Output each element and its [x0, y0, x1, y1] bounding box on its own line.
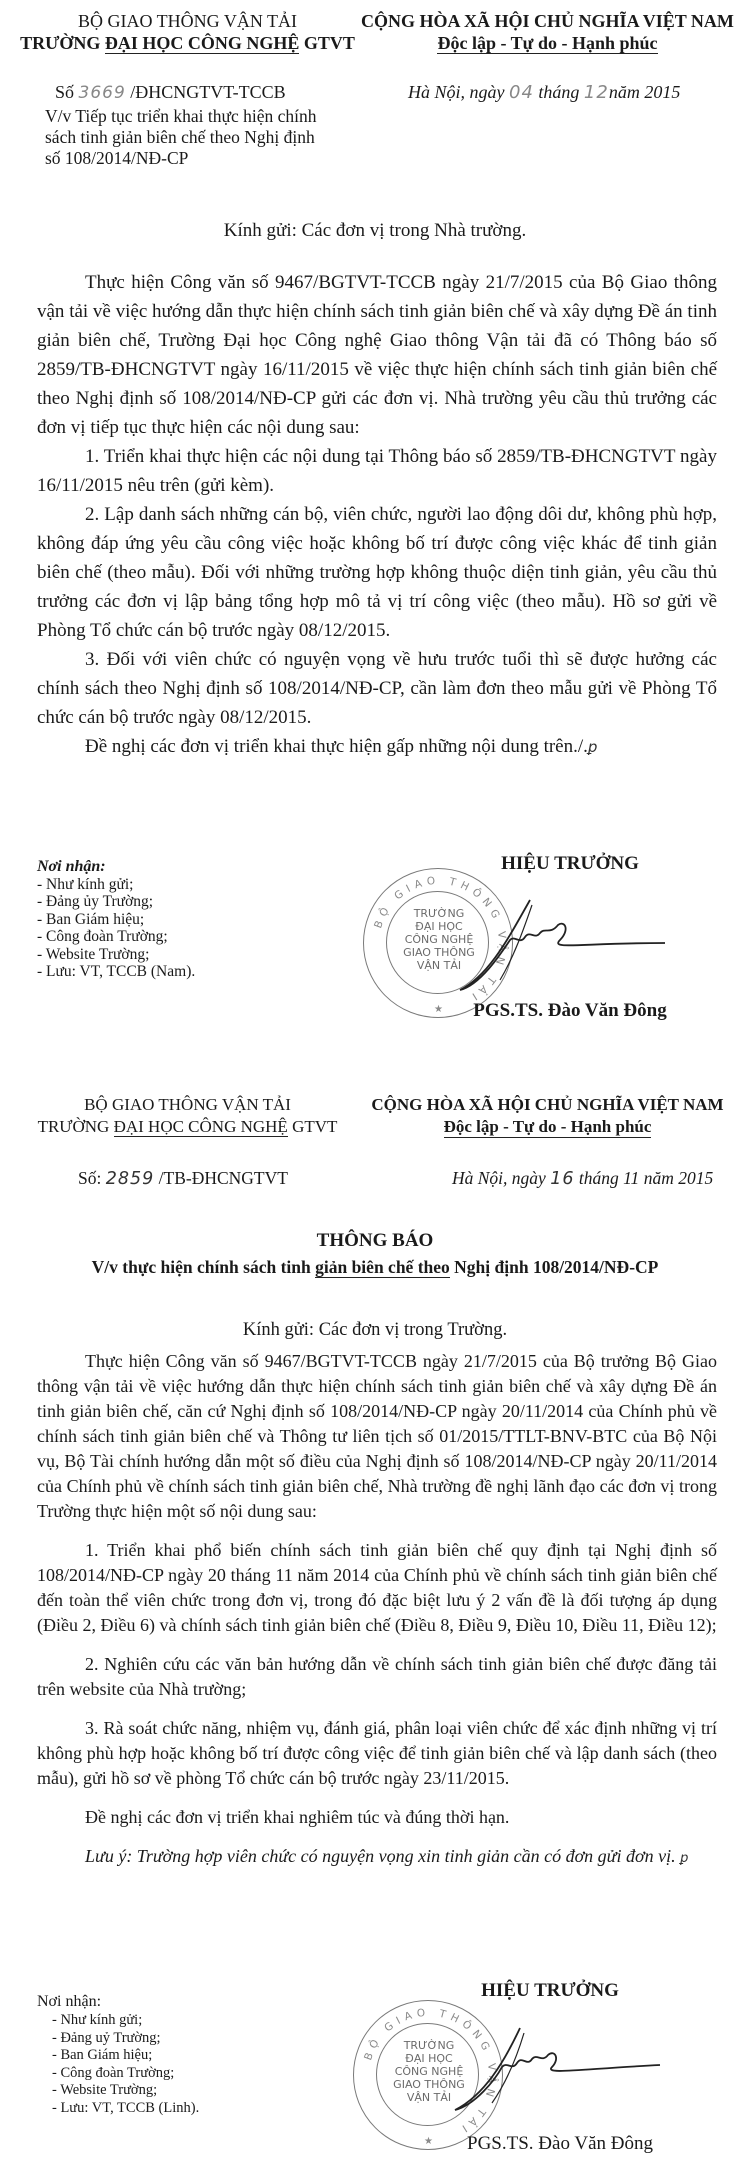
issue-date: Hà Nội, ngày 16 tháng 11 năm 2015: [452, 1168, 713, 1189]
recipient-item: - Ban Giám hiệu;: [37, 911, 195, 929]
recipients-title: Nơi nhận:: [37, 858, 195, 876]
ministry-name: BỘ GIAO THÔNG VẬN TẢI: [0, 1094, 375, 1116]
handwritten-signature-icon: [440, 895, 680, 1005]
recipient-item: - Website Trường;: [52, 2082, 199, 2100]
body-paragraph: Thực hiện Công văn số 9467/BGTVT-TCCB ng…: [37, 268, 717, 442]
recipient-item: - Website Trường;: [37, 946, 195, 964]
body-paragraph: Thực hiện Công văn số 9467/BGTVT-TCCB ng…: [37, 1349, 717, 1524]
closing-paragraph: Đề nghị các đơn vị triển khai nghiêm túc…: [37, 1805, 717, 1830]
announcement-subtitle: V/v thực hiện chính sách tinh giản biên …: [0, 1257, 750, 1278]
national-motto: Độc lập - Tự do - Hạnh phúc: [437, 33, 657, 54]
recipients-block: Nơi nhận: - Như kính gửi; - Đảng ủy Trườ…: [37, 858, 195, 981]
handwritten-number: 2859: [106, 1169, 155, 1189]
country-name: CỘNG HÒA XÃ HỘI CHỦ NGHĨA VIỆT NAM: [345, 10, 750, 32]
recipients-title: Nơi nhận:: [37, 1993, 101, 2011]
body-paragraph: 3. Rà soát chức năng, nhiệm vụ, đánh giá…: [37, 1716, 717, 1791]
subject-block: V/v Tiếp tục triển khai thực hiện chính …: [45, 106, 316, 169]
closing-paragraph: Đề nghị các đơn vị triển khai thực hiện …: [37, 732, 717, 762]
signatory-name: PGS.TS. Đào Văn Đông: [430, 2133, 690, 2155]
school-name: TRƯỜNG ĐẠI HỌC CÔNG NGHỆ GTVT: [0, 1116, 375, 1138]
document-number: Số: 2859 /TB-ĐHCNGTVT: [78, 1168, 288, 1189]
issuer-header: BỘ GIAO THÔNG VẬN TẢI TRƯỜNG ĐẠI HỌC CÔN…: [0, 10, 375, 54]
handwritten-number: 3669: [79, 83, 126, 103]
signatory-name: PGS.TS. Đào Văn Đông: [440, 1000, 700, 1022]
recipient-item: - Như kính gửi;: [52, 2012, 199, 2030]
national-header: CỘNG HÒA XÃ HỘI CHỦ NGHĨA VIỆT NAM Độc l…: [345, 10, 750, 54]
announcement-body: Thực hiện Công văn số 9467/BGTVT-TCCB ng…: [37, 1349, 717, 1871]
recipient-item: - Như kính gửi;: [37, 876, 195, 894]
initials-mark: ꝑ: [680, 1851, 689, 1866]
recipients-block: - Như kính gửi; - Đảng uỷ Trường; - Ban …: [52, 2012, 199, 2117]
initials-mark: ꝑ: [588, 738, 599, 756]
handwritten-signature-icon: [440, 2025, 680, 2125]
salutation: Kính gửi: Các đơn vị trong Nhà trường.: [0, 220, 750, 242]
recipient-item: - Công đoàn Trường;: [37, 928, 195, 946]
issue-date: Hà Nội, ngày 04 tháng 12năm 2015: [408, 82, 680, 103]
national-motto: Độc lập - Tự do - Hạnh phúc: [444, 1117, 652, 1138]
recipient-item: - Ban Giám hiệu;: [52, 2047, 199, 2065]
country-name: CỘNG HÒA XÃ HỘI CHỦ NGHĨA VIỆT NAM: [345, 1094, 750, 1116]
document-number: Số 3669 /ĐHCNGTVT-TCCB: [55, 82, 286, 103]
body-paragraph: 2. Lập danh sách những cán bộ, viên chức…: [37, 500, 717, 645]
salutation: Kính gửi: Các đơn vị trong Trường.: [0, 1320, 750, 1341]
note-paragraph: Lưu ý: Trường hợp viên chức có nguyện vọ…: [37, 1844, 717, 1871]
body-paragraph: 1. Triển khai phổ biến chính sách tinh g…: [37, 1538, 717, 1638]
issuer-header: BỘ GIAO THÔNG VẬN TẢI TRƯỜNG ĐẠI HỌC CÔN…: [0, 1094, 375, 1138]
ministry-name: BỘ GIAO THÔNG VẬN TẢI: [0, 10, 375, 32]
recipient-item: - Đảng uỷ Trường;: [52, 2030, 199, 2048]
letter-body: Thực hiện Công văn số 9467/BGTVT-TCCB ng…: [37, 268, 717, 762]
body-paragraph: 3. Đối với viên chức có nguyện vọng về h…: [37, 645, 717, 732]
signatory-title: HIỆU TRƯỞNG: [440, 1980, 660, 2002]
recipient-item: - Lưu: VT, TCCB (Nam).: [37, 963, 195, 981]
recipient-item: - Lưu: VT, TCCB (Linh).: [52, 2100, 199, 2118]
national-header: CỘNG HÒA XÃ HỘI CHỦ NGHĨA VIỆT NAM Độc l…: [345, 1094, 750, 1138]
announcement-title: THÔNG BÁO: [0, 1230, 750, 1252]
body-paragraph: 1. Triển khai thực hiện các nội dung tại…: [37, 442, 717, 500]
body-paragraph: 2. Nghiên cứu các văn bản hướng dẫn về c…: [37, 1652, 717, 1702]
recipient-item: - Công đoàn Trường;: [52, 2065, 199, 2083]
recipient-item: - Đảng ủy Trường;: [37, 893, 195, 911]
school-name: TRƯỜNG ĐẠI HỌC CÔNG NGHỆ GTVT: [0, 32, 375, 54]
